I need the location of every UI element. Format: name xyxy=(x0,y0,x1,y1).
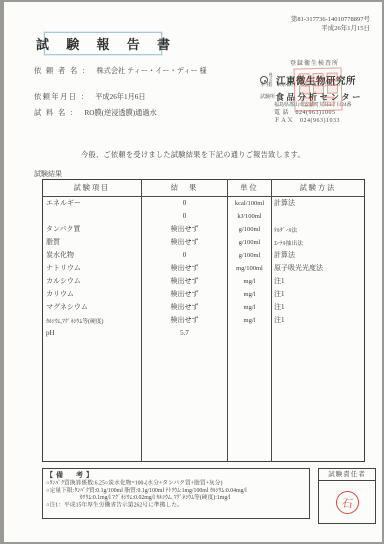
seal-area: 石 xyxy=(319,481,375,523)
results-table-body: エネルギー 0 kcal/100ml 計算法 0 kJ/100ml タンパク質 … xyxy=(43,197,365,462)
responsible-person-seal-stamp: 石 xyxy=(334,489,360,515)
col-header-result: 結 果 xyxy=(142,180,228,197)
table-row: ナトリウム 検出せず mg/100ml 原子吸光光度法 xyxy=(43,262,365,275)
requester-label: 依 頼 者 名 ： xyxy=(34,67,91,75)
table-row: pH 5.7 xyxy=(43,327,365,340)
table-row: カリウム 検出せず mg/l 注1 xyxy=(43,288,365,301)
report-title-box: 試 験 報 告 書 xyxy=(44,32,162,55)
table-row: マグネシウム 検出せず mg/l 注1 xyxy=(43,301,365,314)
table-row: ｶﾙｼｳﾑ,ﾏｸﾞﾈｼｳﾑ等(硬度) 検出せず mg/l 注1 xyxy=(43,314,365,327)
results-section-label: 試験結果 xyxy=(34,169,62,179)
notes-lines: ○ﾀﾝﾊﾟｸ質換算係数:6.25○炭水化物=100-(水分+タンパク質+脂質+灰… xyxy=(46,480,305,509)
col-header-method: 試験方法 xyxy=(272,180,365,197)
sample-name-label: 試 料 名 ： xyxy=(34,109,79,117)
table-row: エネルギー 0 kcal/100ml 計算法 xyxy=(43,197,365,210)
responsible-person-label: 試験責任者 xyxy=(319,469,375,481)
sample-name-value: RO膜(逆浸透膜)通過水 xyxy=(84,109,156,117)
request-date-line: 依頼年月日 ： 平成26年1月6日 xyxy=(34,92,146,102)
table-row: カルシウム 検出せず mg/l 注1 xyxy=(43,275,365,288)
sample-name-line: 試 料 名 ： RO膜(逆浸透膜)通過水 xyxy=(34,108,157,118)
note-line: ｶﾘｳﾑ:0.1mg/l ﾏｸﾞﾈｼｳﾑ:0.02mg/l ｶﾙｼｳﾑ､ﾏｸﾞﾈ… xyxy=(46,495,305,502)
intro-sentence: 今般、ご依頼を受けました試験結果を下記の通りご報告致します。 xyxy=(4,150,382,160)
remarks-title: 【備 考】 xyxy=(46,470,306,480)
note-line: ○定量下限:ﾀﾝﾊﾟｸ質:0.1g/100ml 脂質:0.1g/100ml ﾅﾄ… xyxy=(46,487,305,494)
table-row: 炭水化物 0 g/100ml 計算法 xyxy=(43,249,365,262)
report-page: 第81-317736-14010778897号 平成26年1月15日 試 験 報… xyxy=(4,2,382,542)
fax-line: ＦＡＸ 024(963)1033 xyxy=(274,115,340,124)
request-date-label: 依頼年月日 ： xyxy=(34,93,89,101)
remarks-box: 【備 考】 ○ﾀﾝﾊﾟｸ質換算係数:6.25○炭水化物=100-(水分+タンパク… xyxy=(42,468,310,519)
table-row: 脂質 検出せず g/100ml ｴｰﾃﾙ抽出法 xyxy=(43,236,365,249)
requester-value: 株式会社 ティー・イー・ディー 様 xyxy=(96,67,206,75)
table-header-row: 試験項目 結 果 単位 試験方法 xyxy=(43,180,365,197)
table-row: タンパク質 検出せず g/100ml ｹﾙﾀﾞｰﾙ法 xyxy=(43,223,365,236)
laboratory-block: 登録衛生検査所 株式会社 江東微生物研究所 本 社 東京都江戸川区西小岩5-18… xyxy=(260,58,382,130)
hq-address: 本 社 東京都江戸川区西小岩5-18-6 xyxy=(260,80,382,88)
request-date-value: 平成26年1月6日 xyxy=(95,93,145,101)
col-header-item: 試験項目 xyxy=(43,180,142,197)
responsible-person-box: 試験責任者 石 xyxy=(318,468,376,524)
results-table: 試験項目 結 果 単位 試験方法 エネルギー 0 kcal/100ml 計算法 … xyxy=(42,179,364,462)
issue-date: 平成26年1月15日 xyxy=(321,23,370,32)
table-filler-row xyxy=(43,340,365,462)
requester-line: 依 頼 者 名 ： 株式会社 ティー・イー・ディー 様 xyxy=(34,66,207,76)
table-row: 0 kJ/100ml xyxy=(43,210,365,223)
note-line: ○注1：平成15年厚生労働省告示第262号に準拠した。 xyxy=(46,502,305,509)
note-line: ○ﾀﾝﾊﾟｸ質換算係数:6.25○炭水化物=100-(水分+タンパク質+脂質+灰… xyxy=(46,480,305,487)
department-label: 試験所 xyxy=(260,92,271,100)
col-header-unit: 単位 xyxy=(228,180,272,197)
document-number: 第81-317736-14010778897号 xyxy=(291,14,370,23)
report-title: 試 験 報 告 書 xyxy=(29,34,177,53)
